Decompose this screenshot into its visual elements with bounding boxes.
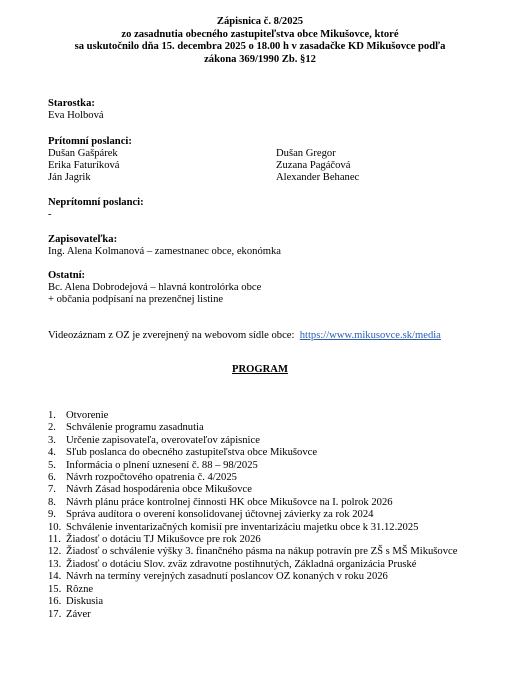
- program-item-number: 5.: [48, 460, 56, 472]
- program-item: 12.Žiadosť o schválenie výšky 3. finančn…: [48, 546, 488, 558]
- starostka-label: Starostka:: [48, 98, 95, 110]
- program-item-text: Správa audítora o overení konsolidovanej…: [66, 509, 373, 520]
- program-item-text: Otvorenie: [66, 410, 108, 421]
- pritomni-right-2: Alexander Behanec: [276, 172, 359, 184]
- nepritomni-label: Neprítomní poslanci:: [48, 197, 144, 209]
- program-item: 5.Informácia o plnení uznesení č. 88 – 9…: [48, 460, 488, 472]
- video-notice: Videozáznam z OZ je zverejnený na webovo…: [48, 330, 441, 342]
- program-item-text: Žiadosť o dotáciu Slov. zväz zdravotne p…: [66, 559, 416, 570]
- program-item-text: Návrh Zásad hospodárenia obce Mikušovce: [66, 484, 252, 495]
- zapisovatelka-label: Zapisovateľka:: [48, 234, 117, 246]
- document-page: Zápisnica č. 8/2025 zo zasadnutia obecné…: [0, 0, 520, 680]
- program-item-number: 9.: [48, 509, 56, 521]
- program-item-number: 14.: [48, 571, 61, 583]
- program-item-number: 3.: [48, 435, 56, 447]
- program-item: 1.Otvorenie: [48, 410, 488, 422]
- program-item-number: 1.: [48, 410, 56, 422]
- document-title: Zápisnica č. 8/2025: [0, 16, 520, 29]
- program-item-number: 11.: [48, 534, 61, 546]
- ostatni-line: Bc. Alena Dobrodejová – hlavná kontrolór…: [48, 282, 261, 294]
- pritomni-left-2: Ján Jagrik: [48, 172, 91, 184]
- program-item-number: 7.: [48, 484, 56, 496]
- program-item: 11.Žiadosť o dotáciu TJ Mikušovce pre ro…: [48, 534, 488, 546]
- program-item-text: Informácia o plnení uznesení č. 88 – 98/…: [66, 460, 258, 471]
- program-item-number: 12.: [48, 546, 61, 558]
- pritomni-left-1: Erika Faturíková: [48, 160, 120, 172]
- program-item-text: Rôzne: [66, 584, 93, 595]
- pritomni-label: Prítomní poslanci:: [48, 136, 132, 148]
- program-item-text: Schválenie inventarizačných komisií pre …: [66, 522, 418, 533]
- zapisovatelka-value: Ing. Alena Kolmanová – zamestnanec obce,…: [48, 246, 281, 258]
- document-header: Zápisnica č. 8/2025 zo zasadnutia obecné…: [0, 16, 520, 66]
- header-line: zákona 369/1990 Zb. §12: [0, 54, 520, 67]
- program-list: 1.Otvorenie2.Schválenie programu zasadnu…: [48, 410, 488, 621]
- program-item: 2.Schválenie programu zasadnutia: [48, 422, 488, 434]
- starostka-value: Eva Holbová: [48, 110, 104, 122]
- program-item: 14.Návrh na termíny verejných zasadnutí …: [48, 571, 488, 583]
- program-item-number: 6.: [48, 472, 56, 484]
- program-item: 6.Návrh rozpočtového opatrenia č. 4/2025: [48, 472, 488, 484]
- pritomni-left-0: Dušan Gašpárek: [48, 148, 118, 160]
- program-item-number: 8.: [48, 497, 56, 509]
- program-item-text: Schválenie programu zasadnutia: [66, 422, 204, 433]
- video-text: Videozáznam z OZ je zverejnený na webovo…: [48, 330, 294, 341]
- program-item: 13.Žiadosť o dotáciu Slov. zväz zdravotn…: [48, 559, 488, 571]
- pritomni-right-0: Dušan Gregor: [276, 148, 336, 160]
- program-item-text: Diskusia: [66, 596, 103, 607]
- program-item-text: Návrh rozpočtového opatrenia č. 4/2025: [66, 472, 237, 483]
- program-item-text: Návrh na termíny verejných zasadnutí pos…: [66, 571, 388, 582]
- program-item-text: Návrh plánu práce kontrolnej činnosti HK…: [66, 497, 393, 508]
- program-item: 9.Správa audítora o overení konsolidovan…: [48, 509, 488, 521]
- program-item: 8.Návrh plánu práce kontrolnej činnosti …: [48, 497, 488, 509]
- program-item-number: 15.: [48, 584, 61, 596]
- program-item-text: Sľub poslanca do obecného zastupiteľstva…: [66, 447, 317, 458]
- ostatni-label: Ostatní:: [48, 270, 85, 282]
- program-item: 16.Diskusia: [48, 596, 488, 608]
- program-item: 4.Sľub poslanca do obecného zastupiteľst…: [48, 447, 488, 459]
- program-item-text: Žiadosť o dotáciu TJ Mikušovce pre rok 2…: [66, 534, 261, 545]
- nepritomni-value: -: [48, 209, 52, 221]
- ostatni-line: + občania podpísaní na prezenčnej listin…: [48, 294, 223, 306]
- program-item: 3.Určenie zapisovateľa, overovateľov záp…: [48, 435, 488, 447]
- program-item-number: 17.: [48, 609, 61, 621]
- program-item: 7.Návrh Zásad hospodárenia obce Mikušovc…: [48, 484, 488, 496]
- program-title: PROGRAM: [0, 364, 520, 375]
- program-item-text: Záver: [66, 609, 91, 620]
- header-line: zo zasadnutia obecného zastupiteľstva ob…: [0, 29, 520, 42]
- pritomni-right-1: Zuzana Pagáčová: [276, 160, 350, 172]
- program-item-number: 13.: [48, 559, 61, 571]
- program-item-text: Žiadosť o schválenie výšky 3. finančného…: [66, 546, 457, 557]
- program-item-number: 10.: [48, 522, 61, 534]
- program-item-number: 4.: [48, 447, 56, 459]
- program-item-number: 16.: [48, 596, 61, 608]
- program-item-text: Určenie zapisovateľa, overovateľov zápis…: [66, 435, 260, 446]
- program-item-number: 2.: [48, 422, 56, 434]
- video-link[interactable]: https://www.mikusovce.sk/media: [300, 330, 441, 341]
- header-line: sa uskutočnilo dňa 15. decembra 2025 o 1…: [0, 41, 520, 54]
- program-item: 15.Rôzne: [48, 584, 488, 596]
- program-item: 17.Záver: [48, 609, 488, 621]
- program-item: 10.Schválenie inventarizačných komisií p…: [48, 522, 488, 534]
